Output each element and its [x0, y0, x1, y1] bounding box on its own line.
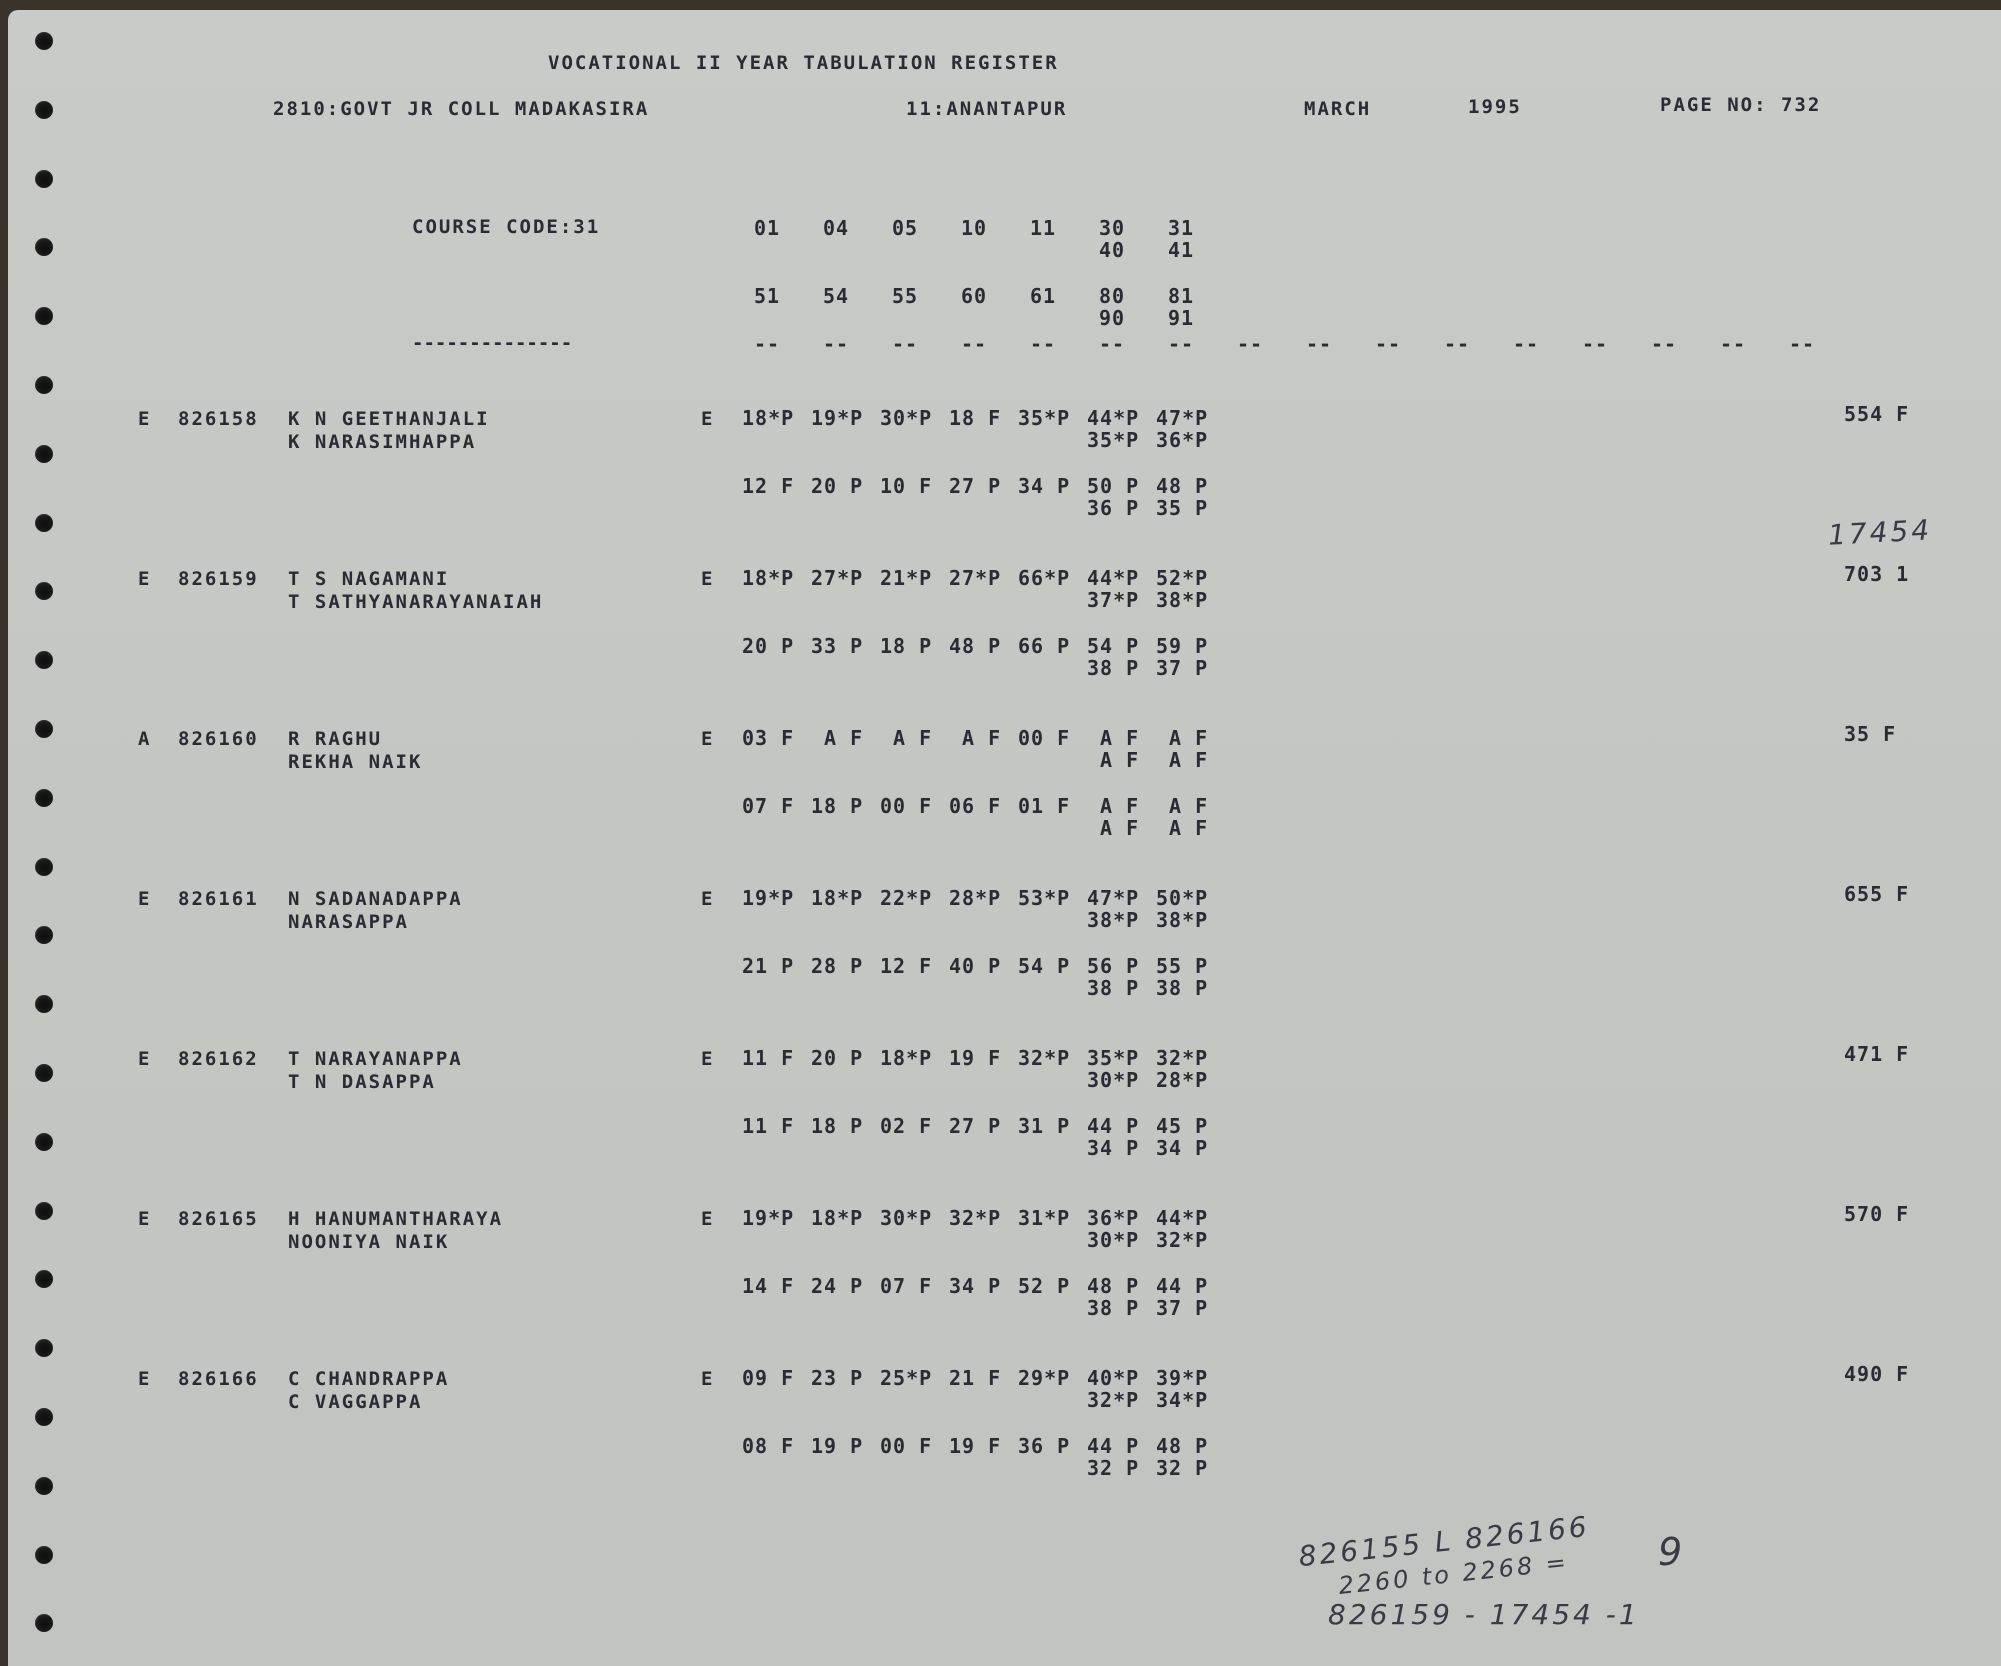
subject-mark: 32*P [949, 1206, 1018, 1230]
total-and-result: 703 1 [1844, 562, 1909, 586]
subject-mark: 31*P [1018, 1206, 1087, 1230]
subject-mark: 31 P [1018, 1114, 1087, 1138]
total-and-result: 490 F [1844, 1362, 1909, 1386]
subject-code: 31 [1168, 216, 1237, 240]
result-status: E [138, 1208, 151, 1230]
total-and-result: 570 F [1844, 1202, 1909, 1226]
subject-mark: 07 F [880, 1274, 949, 1298]
subject-code: 91 [1168, 306, 1237, 330]
punch-hole [35, 651, 53, 669]
punch-hole [35, 307, 53, 325]
subject-mark: 19*P [742, 1206, 811, 1230]
exam-month: MARCH [1304, 98, 1371, 120]
punch-hole [35, 1614, 53, 1632]
result-status: E [138, 1368, 151, 1390]
second-year-marks-extra: 34 P34 P [1087, 1136, 1225, 1160]
exam-year: 1995 [1468, 96, 1522, 118]
subject-mark: A F [1087, 726, 1156, 750]
subject-mark: 10 F [880, 474, 949, 498]
subject-code: 10 [961, 216, 1030, 240]
subject-mark: 19 P [811, 1434, 880, 1458]
subject-mark: 35*P [1018, 406, 1087, 430]
subject-mark: 33 P [811, 634, 880, 658]
subject-mark: 27 P [949, 474, 1018, 498]
student-name: N SADANADAPPA [288, 888, 463, 910]
subject-mark: 36 P [1087, 496, 1156, 520]
first-year-marks: 19*P18*P22*P28*P53*P47*P50*P [742, 886, 1225, 910]
subject-code: 30 [1099, 216, 1168, 240]
subject-mark: 44*P [1156, 1206, 1225, 1230]
subject-mark: 44*P [1087, 406, 1156, 430]
total-and-result: 35 F [1844, 722, 1896, 746]
column-separator: -- [1099, 332, 1168, 356]
subject-mark: 21*P [880, 566, 949, 590]
second-year-marks-extra: 36 P35 P [1087, 496, 1225, 520]
subject-mark: 66 P [1018, 634, 1087, 658]
subject-mark: 28 P [811, 954, 880, 978]
subject-code: 41 [1168, 238, 1237, 262]
first-year-marks: 19*P18*P30*P32*P31*P36*P44*P [742, 1206, 1225, 1230]
subject-code: 11 [1030, 216, 1099, 240]
second-year-marks-extra: 38 P37 P [1087, 1296, 1225, 1320]
subject-mark: 00 F [880, 1434, 949, 1458]
subject-mark: 14 F [742, 1274, 811, 1298]
subject-mark: 02 F [880, 1114, 949, 1138]
course-code-label: COURSE CODE:31 [412, 216, 600, 238]
subject-mark: 22*P [880, 886, 949, 910]
subject-mark: 32*P [1018, 1046, 1087, 1070]
subject-mark: 48 P [1087, 1274, 1156, 1298]
subject-mark: 18 P [811, 794, 880, 818]
medium: E [701, 1368, 714, 1390]
subject-mark: 32 P [1087, 1456, 1156, 1480]
roll-number: 826160 [178, 728, 259, 750]
subject-mark: 35*P [1087, 1046, 1156, 1070]
subject-mark: 37 P [1156, 1296, 1225, 1320]
subject-mark: 38*P [1156, 588, 1225, 612]
punch-hole [35, 1064, 53, 1082]
subject-codes-row2b: 90 91 [1099, 306, 1237, 330]
subject-mark: 35 P [1156, 496, 1225, 520]
subject-mark: 32 P [1156, 1456, 1225, 1480]
subject-code: 01 [754, 216, 823, 240]
subject-mark: 07 F [742, 794, 811, 818]
subject-mark: 25*P [880, 1366, 949, 1390]
subject-mark: 50 P [1087, 474, 1156, 498]
subject-mark: 20 P [811, 474, 880, 498]
subject-mark: 35*P [1087, 428, 1156, 452]
subject-mark: 52 P [1018, 1274, 1087, 1298]
column-separator: -- [1789, 332, 1858, 356]
column-separators: -------------------------------- [754, 332, 1858, 356]
punch-hole [35, 720, 53, 738]
student-name: H HANUMANTHARAYA [288, 1208, 503, 1230]
subject-code: 54 [823, 284, 892, 308]
column-separator: -- [1237, 332, 1306, 356]
subject-mark: 54 P [1087, 634, 1156, 658]
punch-hole [35, 1546, 53, 1564]
column-separator: -- [823, 332, 892, 356]
punch-hole [35, 101, 53, 119]
subject-mark: 28*P [949, 886, 1018, 910]
subject-mark: 44*P [1087, 566, 1156, 590]
subject-mark: 34*P [1156, 1388, 1225, 1412]
subject-mark: 37 P [1156, 656, 1225, 680]
first-year-marks-extra: 30*P28*P [1087, 1068, 1225, 1092]
result-status: E [138, 1048, 151, 1070]
subject-mark: A F [880, 726, 949, 750]
subject-mark: 18*P [811, 1206, 880, 1230]
subject-mark: A F [1156, 726, 1225, 750]
subject-mark: 38*P [1156, 908, 1225, 932]
father-name: K NARASIMHAPPA [288, 431, 476, 453]
column-separator: -- [1720, 332, 1789, 356]
subject-mark: 21 P [742, 954, 811, 978]
subject-mark: 39*P [1156, 1366, 1225, 1390]
subject-mark: 55 P [1156, 954, 1225, 978]
result-status: E [138, 568, 151, 590]
subject-mark: 50*P [1156, 886, 1225, 910]
subject-mark: 27*P [949, 566, 1018, 590]
first-year-marks-extra: 38*P38*P [1087, 908, 1225, 932]
punch-hole [35, 32, 53, 50]
medium: E [701, 568, 714, 590]
subject-mark: 32*P [1156, 1046, 1225, 1070]
subject-mark: 20 P [742, 634, 811, 658]
first-year-marks-extra: 35*P36*P [1087, 428, 1225, 452]
subject-mark: A F [1156, 816, 1225, 840]
father-name: C VAGGAPPA [288, 1391, 422, 1413]
result-status: E [138, 888, 151, 910]
father-name: NOONIYA NAIK [288, 1231, 449, 1253]
roll-number: 826166 [178, 1368, 259, 1390]
subject-codes-row2: 51 54 55 60 61 80 81 [754, 284, 1237, 308]
subject-mark: 38 P [1087, 656, 1156, 680]
father-name: T N DASAPPA [288, 1071, 436, 1093]
punch-hole [35, 1270, 53, 1288]
subject-mark: 59 P [1156, 634, 1225, 658]
subject-mark: 12 F [742, 474, 811, 498]
subject-mark: 20 P [811, 1046, 880, 1070]
subject-mark: 28*P [1156, 1068, 1225, 1092]
subject-code: 51 [754, 284, 823, 308]
subject-mark: 40 P [949, 954, 1018, 978]
long-dash-separator: -------------- [412, 332, 572, 354]
first-year-marks-extra: 30*P32*P [1087, 1228, 1225, 1252]
student-name: R RAGHU [288, 728, 382, 750]
student-name: T S NAGAMANI [288, 568, 449, 590]
subject-mark: 52*P [1156, 566, 1225, 590]
subject-mark: 06 F [949, 794, 1018, 818]
first-year-marks: 09 F23 P25*P21 F29*P40*P39*P [742, 1366, 1225, 1390]
subject-mark: A F [1156, 794, 1225, 818]
handwritten-summary: 826159 - 17454 -1 [1328, 1598, 1640, 1631]
subject-mark: 18 P [811, 1114, 880, 1138]
punch-hole [35, 926, 53, 944]
punch-hole [35, 376, 53, 394]
second-year-marks: 07 F18 P00 F06 F01 F A F A F [742, 794, 1225, 818]
second-year-marks: 11 F18 P02 F27 P31 P44 P45 P [742, 1114, 1225, 1138]
register-title: VOCATIONAL II YEAR TABULATION REGISTER [548, 52, 1059, 74]
subject-mark: 11 F [742, 1114, 811, 1138]
subject-mark: 34 P [1156, 1136, 1225, 1160]
subject-mark: 34 P [1087, 1136, 1156, 1160]
punch-hole [35, 1408, 53, 1426]
subject-mark: 30*P [1087, 1228, 1156, 1252]
subject-mark: 34 P [949, 1274, 1018, 1298]
page-number: PAGE NO: 732 [1660, 94, 1821, 116]
student-name: C CHANDRAPPA [288, 1368, 449, 1390]
first-year-marks-extra: 37*P38*P [1087, 588, 1225, 612]
father-name: NARASAPPA [288, 911, 409, 933]
column-separator: -- [1168, 332, 1237, 356]
subject-mark: 53*P [1018, 886, 1087, 910]
student-name: T NARAYANAPPA [288, 1048, 463, 1070]
subject-mark: 32*P [1087, 1388, 1156, 1412]
subject-code: 05 [892, 216, 961, 240]
subject-code: 61 [1030, 284, 1099, 308]
subject-mark: 47*P [1087, 886, 1156, 910]
first-year-marks-extra: 32*P34*P [1087, 1388, 1225, 1412]
subject-mark: 48 P [949, 634, 1018, 658]
subject-mark: 18*P [880, 1046, 949, 1070]
subject-mark: 19*P [811, 406, 880, 430]
subject-codes-row1b: 40 41 [1099, 238, 1237, 262]
subject-code: 60 [961, 284, 1030, 308]
subject-mark: A F [1087, 816, 1156, 840]
subject-mark: 44 P [1087, 1434, 1156, 1458]
medium: E [701, 728, 714, 750]
second-year-marks: 12 F20 P10 F27 P34 P50 P48 P [742, 474, 1225, 498]
subject-mark: 56 P [1087, 954, 1156, 978]
father-name: REKHA NAIK [288, 751, 422, 773]
subject-mark: 29*P [1018, 1366, 1087, 1390]
punch-hole [35, 1477, 53, 1495]
subject-mark: 38 P [1087, 976, 1156, 1000]
punch-hole [35, 1133, 53, 1151]
subject-mark: 30*P [880, 406, 949, 430]
first-year-marks: 03 F A F A F A F00 F A F A F [742, 726, 1225, 750]
punch-hole [35, 582, 53, 600]
subject-mark: A F [1087, 794, 1156, 818]
medium: E [701, 1208, 714, 1230]
column-separator: -- [892, 332, 961, 356]
subject-mark: A F [811, 726, 880, 750]
second-year-marks: 20 P33 P18 P48 P66 P54 P59 P [742, 634, 1225, 658]
subject-mark: A F [1087, 748, 1156, 772]
subject-mark: 19 F [949, 1434, 1018, 1458]
subject-mark: 54 P [1018, 954, 1087, 978]
punch-hole [35, 995, 53, 1013]
subject-mark: 19*P [742, 886, 811, 910]
subject-mark: 27*P [811, 566, 880, 590]
medium: E [701, 408, 714, 430]
subject-code: 90 [1099, 306, 1168, 330]
first-year-marks-extra: A F A F [1087, 748, 1225, 772]
subject-mark: 66*P [1018, 566, 1087, 590]
subject-mark: 36*P [1087, 1206, 1156, 1230]
second-year-marks: 08 F19 P00 F19 F36 P44 P48 P [742, 1434, 1225, 1458]
tabulation-register-sheet: VOCATIONAL II YEAR TABULATION REGISTER 2… [8, 10, 2001, 1666]
subject-mark: 38*P [1087, 908, 1156, 932]
result-status: A [138, 728, 151, 750]
column-separator: -- [961, 332, 1030, 356]
second-year-marks: 14 F24 P07 F34 P52 P48 P44 P [742, 1274, 1225, 1298]
subject-mark: 18 P [880, 634, 949, 658]
subject-mark: 23 P [811, 1366, 880, 1390]
column-separator: -- [1375, 332, 1444, 356]
subject-mark: 36 P [1018, 1434, 1087, 1458]
subject-mark: 00 F [1018, 726, 1087, 750]
medium: E [701, 1048, 714, 1070]
subject-mark: 37*P [1087, 588, 1156, 612]
college-name: 2810:GOVT JR COLL MADAKASIRA [273, 98, 649, 120]
roll-number: 826162 [178, 1048, 259, 1070]
subject-mark: 32*P [1156, 1228, 1225, 1252]
subject-mark: 18*P [742, 566, 811, 590]
punch-hole [35, 789, 53, 807]
column-separator: -- [1030, 332, 1099, 356]
subject-mark: A F [1156, 748, 1225, 772]
roll-number: 826165 [178, 1208, 259, 1230]
roll-number: 826159 [178, 568, 259, 590]
subject-mark: 24 P [811, 1274, 880, 1298]
subject-mark: 36*P [1156, 428, 1225, 452]
punch-hole [35, 170, 53, 188]
punch-hole [35, 1202, 53, 1220]
subject-mark: 09 F [742, 1366, 811, 1390]
handwritten-note-17454: 17454 [1827, 513, 1933, 551]
student-name: K N GEETHANJALI [288, 408, 490, 430]
subject-mark: 00 F [880, 794, 949, 818]
subject-code: 04 [823, 216, 892, 240]
subject-mark: 40*P [1087, 1366, 1156, 1390]
subject-mark: 08 F [742, 1434, 811, 1458]
second-year-marks-extra: 32 P32 P [1087, 1456, 1225, 1480]
subject-mark: 18*P [811, 886, 880, 910]
subject-mark: 48 P [1156, 1434, 1225, 1458]
subject-mark: 47*P [1156, 406, 1225, 430]
second-year-marks: 21 P28 P12 F40 P54 P56 P55 P [742, 954, 1225, 978]
subject-mark: 18*P [742, 406, 811, 430]
subject-mark: 34 P [1018, 474, 1087, 498]
subject-mark: 38 P [1087, 1296, 1156, 1320]
roll-number: 826161 [178, 888, 259, 910]
total-and-result: 655 F [1844, 882, 1909, 906]
subject-mark: 27 P [949, 1114, 1018, 1138]
punch-hole [35, 445, 53, 463]
subject-mark: 21 F [949, 1366, 1018, 1390]
subject-mark: 30*P [880, 1206, 949, 1230]
punch-hole [35, 514, 53, 532]
total-and-result: 554 F [1844, 402, 1909, 426]
medium: E [701, 888, 714, 910]
subject-mark: 44 P [1087, 1114, 1156, 1138]
column-separator: -- [1651, 332, 1720, 356]
punch-hole [35, 238, 53, 256]
column-separator: -- [1444, 332, 1513, 356]
subject-code: 81 [1168, 284, 1237, 308]
subject-mark: 18 F [949, 406, 1018, 430]
column-separator: -- [1582, 332, 1651, 356]
second-year-marks-extra: 38 P37 P [1087, 656, 1225, 680]
result-status: E [138, 408, 151, 430]
first-year-marks: 18*P27*P21*P27*P66*P44*P52*P [742, 566, 1225, 590]
roll-number: 826158 [178, 408, 259, 430]
district-name: 11:ANANTAPUR [906, 98, 1067, 120]
subject-code: 55 [892, 284, 961, 308]
subject-mark: 11 F [742, 1046, 811, 1070]
subject-mark: 30*P [1087, 1068, 1156, 1092]
first-year-marks: 18*P19*P30*P18 F35*P44*P47*P [742, 406, 1225, 430]
column-separator: -- [754, 332, 823, 356]
father-name: T SATHYANARAYANAIAH [288, 591, 543, 613]
subject-code: 80 [1099, 284, 1168, 308]
subject-mark: 45 P [1156, 1114, 1225, 1138]
handwritten-count: 9 [1658, 1530, 1685, 1574]
subject-mark: 12 F [880, 954, 949, 978]
subject-mark: 19 F [949, 1046, 1018, 1070]
column-separator: -- [1306, 332, 1375, 356]
subject-code: 40 [1099, 238, 1168, 262]
punch-hole [35, 858, 53, 876]
subject-mark: 03 F [742, 726, 811, 750]
subject-codes-row1: 01 04 05 10 11 30 31 [754, 216, 1237, 240]
subject-mark: 38 P [1156, 976, 1225, 1000]
subject-mark: 01 F [1018, 794, 1087, 818]
second-year-marks-extra: A F A F [1087, 816, 1225, 840]
subject-mark: 48 P [1156, 474, 1225, 498]
total-and-result: 471 F [1844, 1042, 1909, 1066]
subject-mark: A F [949, 726, 1018, 750]
subject-mark: 44 P [1156, 1274, 1225, 1298]
second-year-marks-extra: 38 P38 P [1087, 976, 1225, 1000]
punch-hole [35, 1339, 53, 1357]
first-year-marks: 11 F20 P18*P19 F32*P35*P32*P [742, 1046, 1225, 1070]
column-separator: -- [1513, 332, 1582, 356]
